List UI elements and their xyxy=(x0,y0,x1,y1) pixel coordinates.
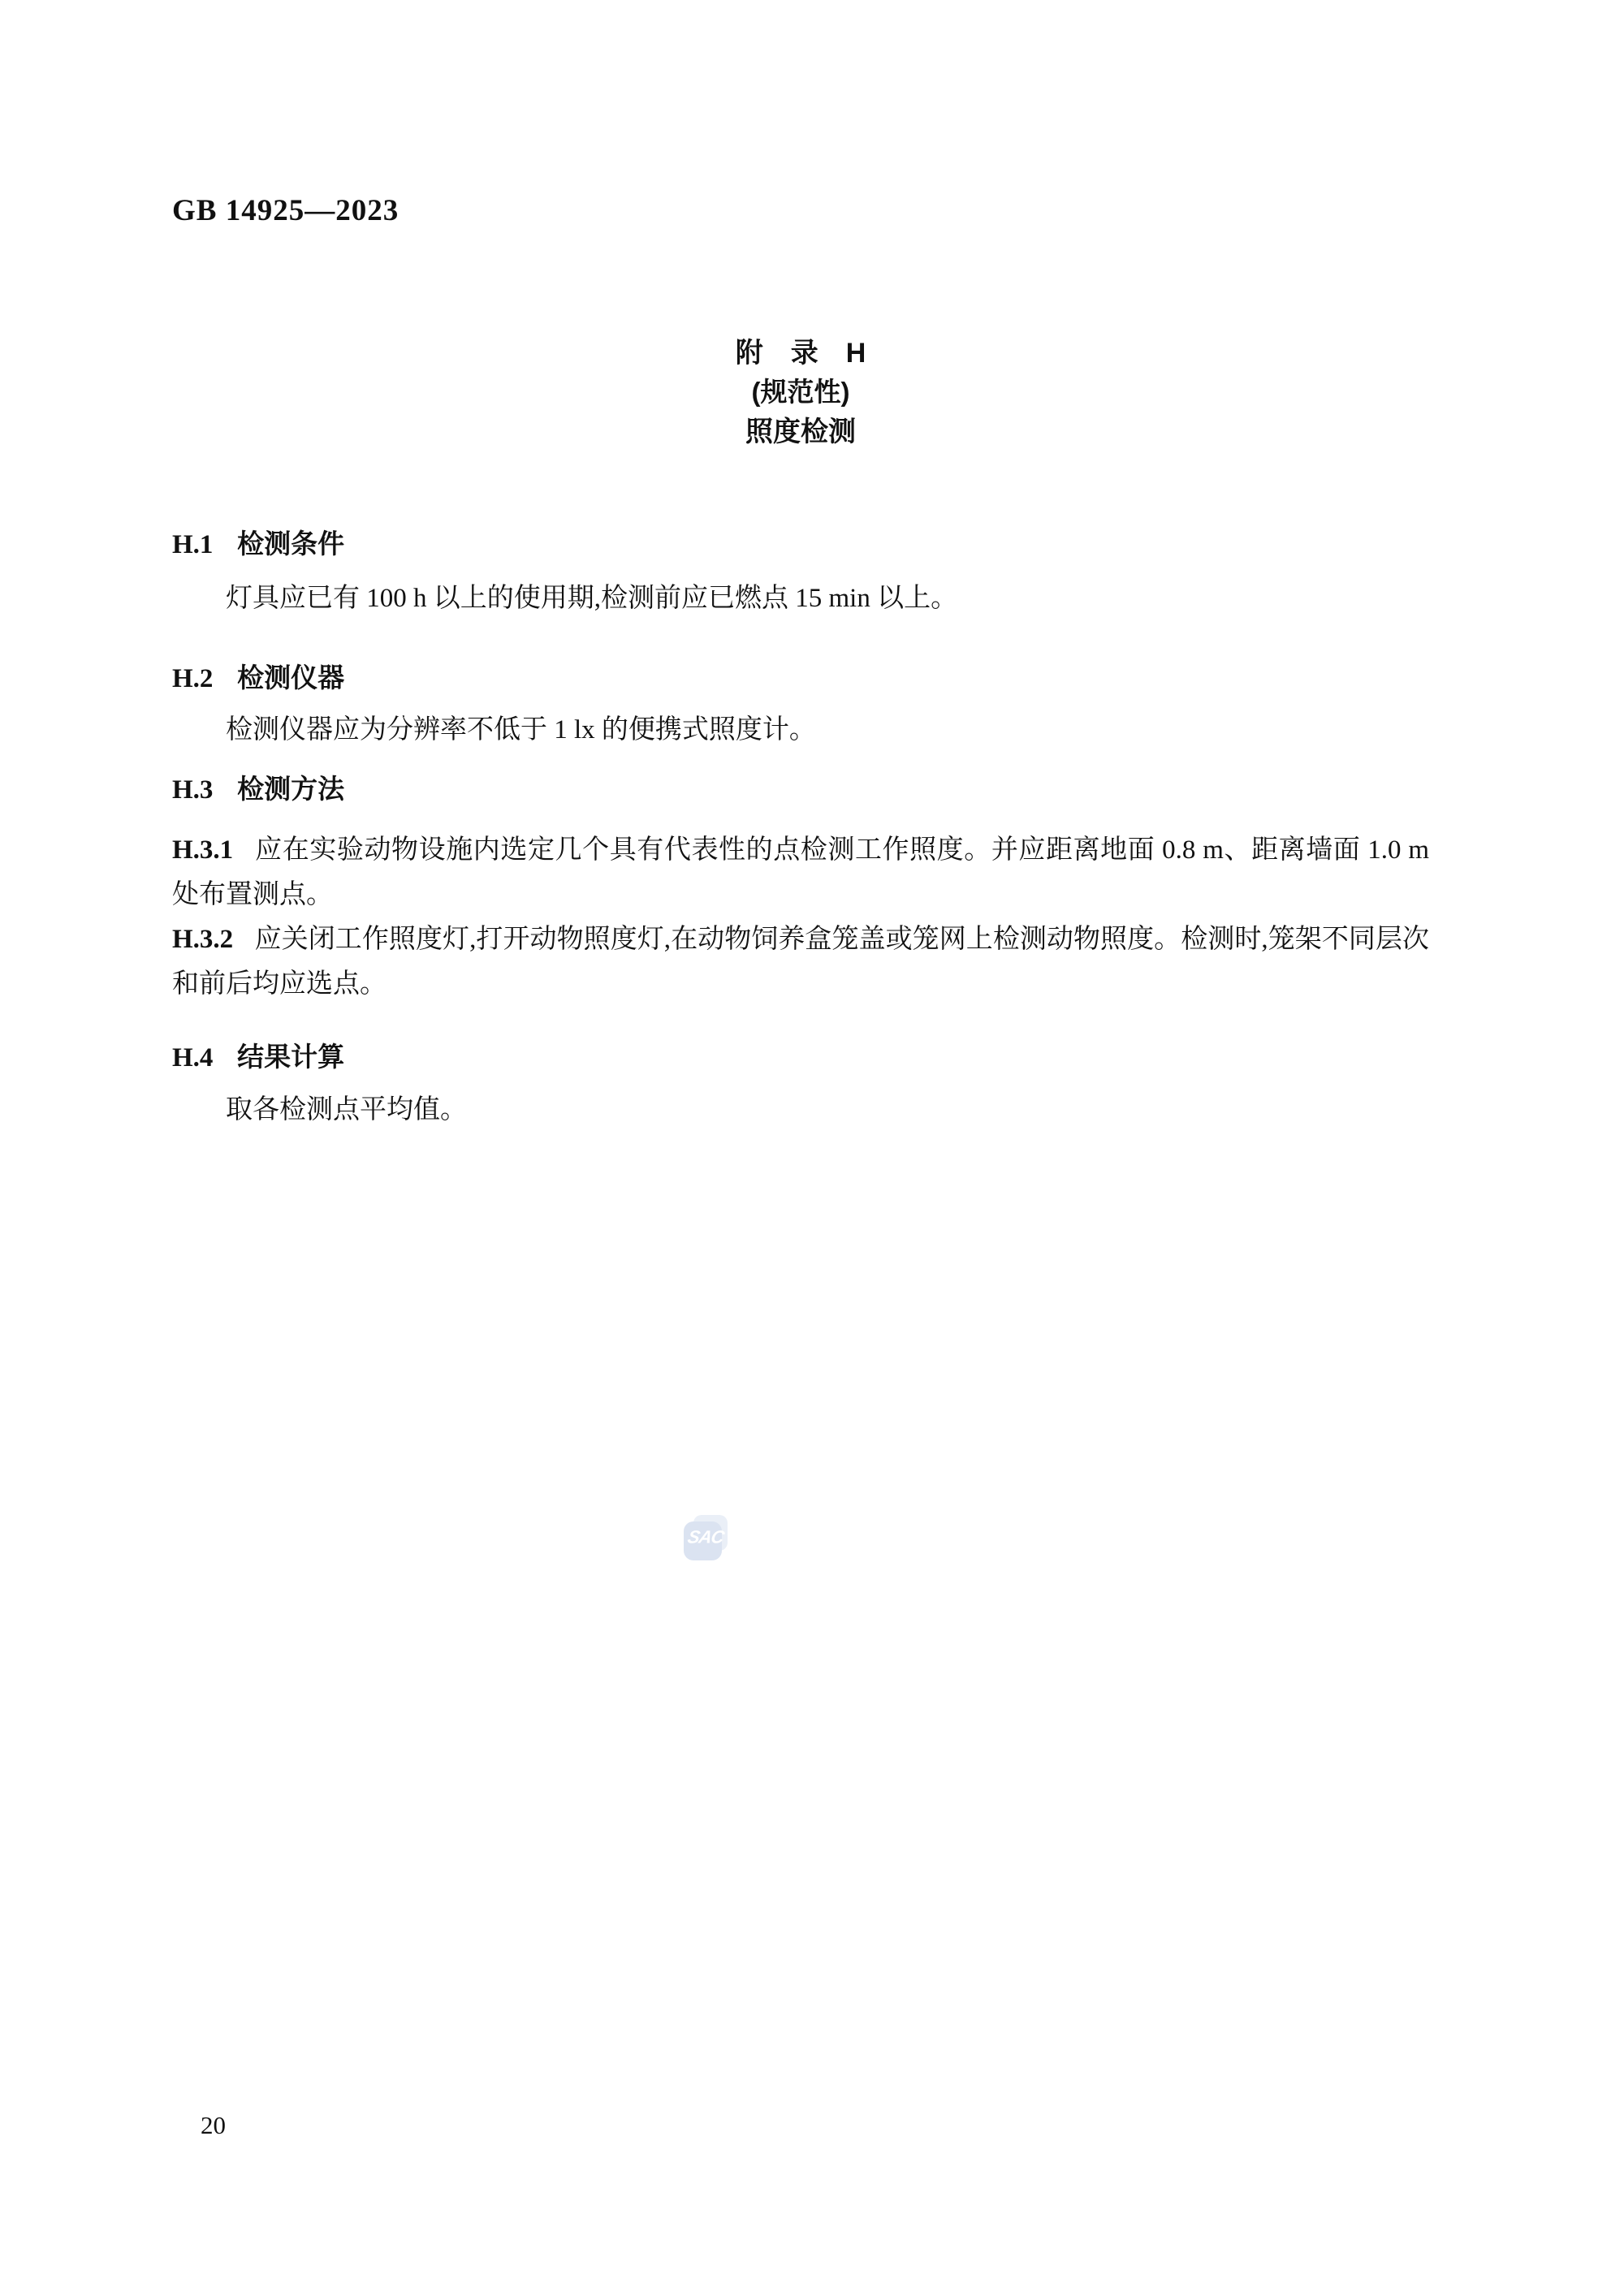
section-number: H.4 xyxy=(172,1043,213,1072)
section-title: 检测仪器 xyxy=(237,662,344,693)
standard-code-header: GB 14925—2023 xyxy=(172,193,399,228)
section-number: H.1 xyxy=(172,530,213,559)
sac-logo-text: SAC xyxy=(681,1526,730,1547)
section-h1-body: 灯具应已有 100 h 以上的使用期,检测前应已燃点 15 min 以上。 xyxy=(172,576,1429,621)
section-h4-body: 取各检测点平均值。 xyxy=(172,1088,1429,1133)
clause-h3-1: H.3.1应在实验动物设施内选定几个具有代表性的点检测工作照度。并应距离地面 0… xyxy=(172,828,1429,917)
clause-h3-2: H.3.2应关闭工作照度灯,打开动物照度灯,在动物饲养盒笼盖或笼网上检测动物照度… xyxy=(172,917,1429,1007)
section-heading-h1: H.1检测条件 xyxy=(172,528,1429,561)
page-number: 20 xyxy=(201,2111,226,2140)
document-page: GB 14925—2023 附 录 H (规范性) 照度检测 H.1检测条件 灯… xyxy=(0,0,1624,2296)
section-number: H.3 xyxy=(172,775,213,805)
section-title: 结果计算 xyxy=(237,1042,344,1072)
appendix-subject: 照度检测 xyxy=(172,416,1429,448)
section-title: 检测条件 xyxy=(237,529,344,559)
clause-text: 应在实验动物设施内选定几个具有代表性的点检测工作照度。并应距离地面 0.8 m、… xyxy=(172,835,1429,909)
section-title: 检测方法 xyxy=(237,774,344,804)
appendix-normative-label: (规范性) xyxy=(172,376,1429,408)
section-number: H.2 xyxy=(172,664,213,693)
clause-number: H.3.2 xyxy=(172,925,233,954)
section-h2-body: 检测仪器应为分辨率不低于 1 lx 的便携式照度计。 xyxy=(172,708,1429,753)
clause-number: H.3.1 xyxy=(172,835,233,865)
section-heading-h4: H.4结果计算 xyxy=(172,1041,1429,1074)
section-heading-h3: H.3检测方法 xyxy=(172,773,1429,806)
section-heading-h2: H.2检测仪器 xyxy=(172,662,1429,695)
clause-text: 应关闭工作照度灯,打开动物照度灯,在动物饲养盒笼盖或笼网上检测动物照度。检测时,… xyxy=(172,925,1429,999)
sac-watermark-logo: SAC xyxy=(684,1515,728,1560)
appendix-title: 附 录 H xyxy=(172,337,1429,369)
